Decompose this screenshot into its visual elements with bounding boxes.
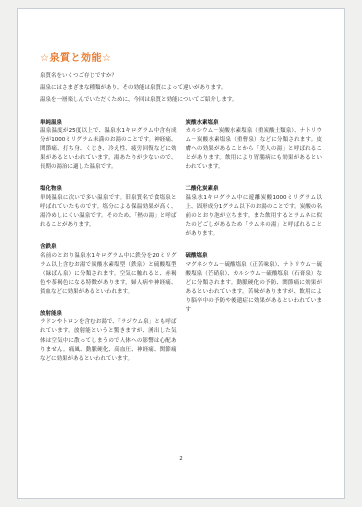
- section-gantetsu-sen: 含鉄泉 名前のとおり温泉水1キログラム中に鉄分を20ミリグラム以上含むお湯で炭酸…: [40, 242, 177, 297]
- intro-line-3: 温泉を一層楽しんでいただくために、今回は泉質と効能についてご紹介します。: [40, 96, 322, 105]
- right-column: 炭酸水素塩泉 カルシウム－炭酸水素塩泉（重炭酸土類泉）、ナトリウム－炭酸水素塩泉…: [186, 118, 323, 376]
- section-hoshano-sen: 放射能泉 ラドンやトロンを含むお湯で、「ラジウム泉」とも呼ばれています。放射能と…: [40, 309, 177, 364]
- section-body: 温泉温度が25度以上で、温泉水1キログラム中含有成分が1000ミリグラム未満のお…: [40, 127, 177, 172]
- section-heading: 二酸化炭素泉: [186, 184, 323, 192]
- page-number: 2: [18, 456, 344, 462]
- intro-line-2: 温泉にはさまざまな種類があり、その効能は泉質によって違いがあります。: [40, 84, 322, 93]
- section-tansan-suiso-ensen: 炭酸水素塩泉 カルシウム－炭酸水素塩泉（重炭酸土類泉）、ナトリウム－炭酸水素塩泉…: [186, 118, 323, 173]
- left-column: 単純温泉 温泉温度が25度以上で、温泉水1キログラム中含有成分が1000ミリグラ…: [40, 118, 177, 376]
- two-column-layout: 単純温泉 温泉温度が25度以上で、温泉水1キログラム中含有成分が1000ミリグラ…: [40, 118, 322, 376]
- section-body: 単純温泉に次いで多い温泉です。旧泉質名で食塩泉と呼ばれていたものです。塩分による…: [40, 194, 177, 230]
- section-heading: 放射能泉: [40, 309, 177, 317]
- intro-line-1: 泉質名をいくつご存じですか？: [40, 72, 322, 81]
- section-enkabutsu-sen: 塩化物泉 単純温泉に次いで多い温泉です。旧泉質名で食塩泉と呼ばれていたものです。…: [40, 184, 177, 230]
- section-heading: 硫酸塩泉: [186, 251, 323, 259]
- section-nisanka-tanso-sen: 二酸化炭素泉 温泉水1キログラム中に遊離炭酸1000ミリグラム以上、固形成分1グ…: [186, 184, 323, 239]
- intro-paragraph: 泉質名をいくつご存じですか？ 温泉にはさまざまな種類があり、その効能は泉質によっ…: [40, 72, 322, 105]
- section-heading: 炭酸水素塩泉: [186, 118, 323, 126]
- section-body: 名前のとおり温泉水1キログラム中に鉄分を20ミリグラム以上含むお湯で炭酸水素塩型…: [40, 252, 177, 297]
- section-body: カルシウム－炭酸水素塩泉（重炭酸土類泉）、ナトリウム－炭酸水素塩泉（重曹泉）など…: [186, 127, 323, 172]
- section-body: ラドンやトロンを含むお湯で、「ラジウム泉」とも呼ばれています。放射能というと驚き…: [40, 318, 177, 363]
- document-page: ☆泉質と効能☆ 泉質名をいくつご存じですか？ 温泉にはさまざまな種類があり、その…: [17, 8, 345, 499]
- section-heading: 含鉄泉: [40, 242, 177, 250]
- section-body: マグネシウム－硫酸塩泉（正苦味泉）、ナトリウム－硫酸塩泉（芒硝泉）、カルシウム－…: [186, 261, 323, 315]
- section-ryusan-ensen: 硫酸塩泉 マグネシウム－硫酸塩泉（正苦味泉）、ナトリウム－硫酸塩泉（芒硝泉）、カ…: [186, 251, 323, 315]
- section-heading: 単純温泉: [40, 118, 177, 126]
- section-tanjun-onsen: 単純温泉 温泉温度が25度以上で、温泉水1キログラム中含有成分が1000ミリグラ…: [40, 118, 177, 173]
- section-body: 温泉水1キログラム中に遊離炭酸1000ミリグラム以上、固形成分1グラム以下のお湯…: [186, 194, 323, 239]
- section-heading: 塩化物泉: [40, 184, 177, 192]
- page-title: ☆泉質と効能☆: [40, 49, 322, 64]
- page-content: ☆泉質と効能☆ 泉質名をいくつご存じですか？ 温泉にはさまざまな種類があり、その…: [18, 9, 344, 376]
